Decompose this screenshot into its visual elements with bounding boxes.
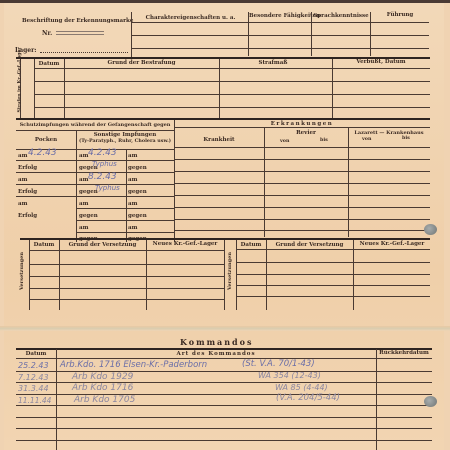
kommando-row-1-datum: 25.2.43	[18, 361, 49, 370]
vers-right-col-grund: Grund der Versetzung	[266, 242, 353, 248]
pocken-erfolg-3: Erfolg	[18, 213, 37, 219]
lager-line	[40, 52, 128, 53]
vers-right-col-datum: Datum	[236, 242, 266, 248]
kommando-row-3-note: WA 85 (4-44)	[275, 383, 328, 392]
third-am-1: am	[128, 153, 137, 159]
punch-hole-icon	[424, 396, 437, 407]
handwritten-sonstige-typhus-1: Typhus	[92, 160, 117, 168]
row-line	[16, 428, 432, 429]
sonstige-am-4: am	[79, 225, 88, 231]
row-line	[34, 68, 430, 69]
row-line	[16, 405, 432, 406]
row-line	[236, 285, 430, 286]
row-line	[174, 230, 430, 231]
pocken-am-2: am	[18, 177, 27, 183]
third-am-4: am	[128, 225, 137, 231]
col-lazarett: Lazarett — Krankenhaus	[348, 130, 430, 136]
handwritten-pocken-date: 4.2.43	[28, 148, 57, 158]
col-krankheit: Krankheit	[174, 137, 264, 143]
kommando-row-4-art: Arb Kdo 1705	[74, 395, 135, 405]
erkennungsmarke-label: Beschriftung der Erkennungsmarke	[22, 18, 133, 24]
row-line	[16, 417, 432, 418]
kommando-row-2-art: Arb Kdo 1929	[72, 372, 133, 382]
divider	[348, 127, 349, 237]
kommando-row-3-art: Arb Kdo 1716	[72, 383, 133, 393]
row-line	[236, 296, 430, 297]
strafen-col-verbuesst: Verbüßt, Datum	[332, 59, 430, 65]
col-revier: Revier	[264, 130, 348, 136]
row-line	[174, 219, 430, 220]
third-gegen-3: gegen	[128, 213, 147, 219]
kommando-row-1-note: (St. V.A. 70/1-43)	[242, 359, 315, 369]
sonstige-am-2: am	[79, 177, 88, 183]
revier-von: von	[280, 138, 289, 144]
divider	[353, 240, 354, 310]
revier-bis: bis	[320, 137, 328, 143]
pocken-am-3: am	[18, 201, 27, 207]
sonstige-am-3: am	[79, 201, 88, 207]
strafen-col-strafmass: Strafmaß	[219, 60, 327, 66]
nr-label: Nr.	[42, 31, 52, 37]
strafen-col-datum: Datum	[34, 61, 64, 67]
row-line	[16, 196, 174, 197]
row-line	[131, 48, 429, 49]
row-line	[236, 274, 430, 275]
handwritten-sonstige-typhus-2: Typhus	[95, 184, 120, 192]
row-line	[236, 262, 430, 263]
kommandos-title: Kommandos	[180, 337, 253, 347]
col-charakter: Charaktereigenschaften u. a.	[133, 15, 248, 21]
pocken-erfolg-2: Erfolg	[18, 189, 37, 195]
third-am-2: am	[128, 177, 137, 183]
row-line	[174, 159, 430, 160]
col-pocken: Pocken	[16, 137, 76, 143]
divider	[76, 130, 77, 242]
row-line	[131, 22, 429, 23]
section-rule	[16, 118, 430, 120]
third-gegen-1: gegen	[128, 165, 147, 171]
row-line	[29, 299, 224, 300]
col-sonstige-sub: (Ty-Paratyph., Ruhr, Cholera usw.)	[76, 138, 174, 144]
vers-left-col-lager: Neues Kr.-Gef.-Lager	[146, 241, 224, 247]
row-line	[236, 249, 430, 250]
strafen-col-grund: Grund der Bestrafung	[64, 60, 219, 66]
row-line	[29, 250, 224, 251]
versetzungen-side-label-left: Versetzungen	[19, 246, 25, 296]
versetzungen-side-label-right: Versetzungen	[227, 246, 233, 296]
divider	[224, 240, 225, 310]
row-line	[29, 288, 224, 289]
row-line	[34, 81, 430, 82]
row-line	[174, 195, 430, 196]
strafen-side-label: Strafen im Kr.-Gef.-Lager	[18, 61, 23, 113]
kommandos-col-rueckkehr: Rückkehrdatum	[376, 350, 432, 356]
row-line	[131, 35, 429, 36]
col-faehigkeiten: Besondere Fähigkeiten	[249, 13, 311, 19]
row-line	[76, 232, 174, 233]
handwritten-sonstige-date-2: 8.2.43	[88, 172, 117, 182]
sonstige-am-1: am	[79, 153, 88, 159]
kommando-row-4-datum: 11.11.44	[18, 396, 51, 405]
section-rule	[16, 348, 432, 350]
divider	[376, 349, 377, 450]
row-line	[174, 127, 430, 128]
kommandos-col-datum: Datum	[16, 351, 56, 357]
kommando-row-2-note: WA 354 (12-43)	[258, 371, 321, 380]
kommandos-col-art: Art des Kommandos	[56, 351, 376, 357]
row-line	[29, 264, 224, 265]
col-fuehrung: Führung	[371, 12, 429, 18]
row-line	[174, 183, 430, 184]
row-line	[16, 440, 432, 441]
row-line	[174, 171, 430, 172]
vers-left-col-grund: Grund der Versetzung	[59, 242, 146, 248]
row-line	[29, 276, 224, 277]
lazarett-bis: bis	[402, 135, 410, 141]
impfungen-header: Schutzimpfungen während der Gefangenscha…	[16, 122, 174, 128]
pocken-am-1: am	[18, 153, 27, 159]
kommando-row-3-datum: 31.3.44	[18, 384, 49, 393]
punch-hole-icon	[424, 224, 437, 235]
third-am-3: am	[128, 201, 137, 207]
row-line	[34, 107, 430, 108]
row-line	[16, 130, 174, 131]
third-gegen-2: gegen	[128, 189, 147, 195]
row-line	[76, 208, 174, 209]
vers-left-col-datum: Datum	[29, 242, 59, 248]
nr-line	[56, 31, 104, 32]
row-line	[76, 220, 174, 221]
nr-line-2	[56, 34, 104, 35]
section-rule	[20, 238, 430, 240]
pocken-erfolg-1: Erfolg	[18, 165, 37, 171]
sonstige-gegen-3: gegen	[79, 213, 98, 219]
row-line	[34, 94, 430, 95]
row-line	[174, 207, 430, 208]
row-line	[16, 358, 432, 359]
vers-right-col-lager: Neues Kr.-Gef.-Lager	[353, 241, 431, 247]
row-line	[174, 147, 430, 148]
kommando-row-2-datum: 7.12.43	[18, 373, 49, 382]
divider	[266, 240, 267, 310]
divider	[56, 349, 57, 450]
divider	[264, 127, 265, 237]
kommando-row-4-note: (V.A. 204/5-44)	[276, 393, 340, 403]
lazarett-von: von	[362, 136, 371, 142]
kommando-row-1-art: Arb.Kdo. 1716 Elsen-Kr.-Paderborn	[60, 360, 207, 370]
paper-fold	[0, 326, 450, 331]
col-sprachen: Sprachkenntnisse	[312, 13, 370, 19]
divider	[236, 240, 237, 310]
handwritten-sonstige-date-1: 4.2.43	[88, 148, 117, 158]
divider	[370, 12, 371, 56]
